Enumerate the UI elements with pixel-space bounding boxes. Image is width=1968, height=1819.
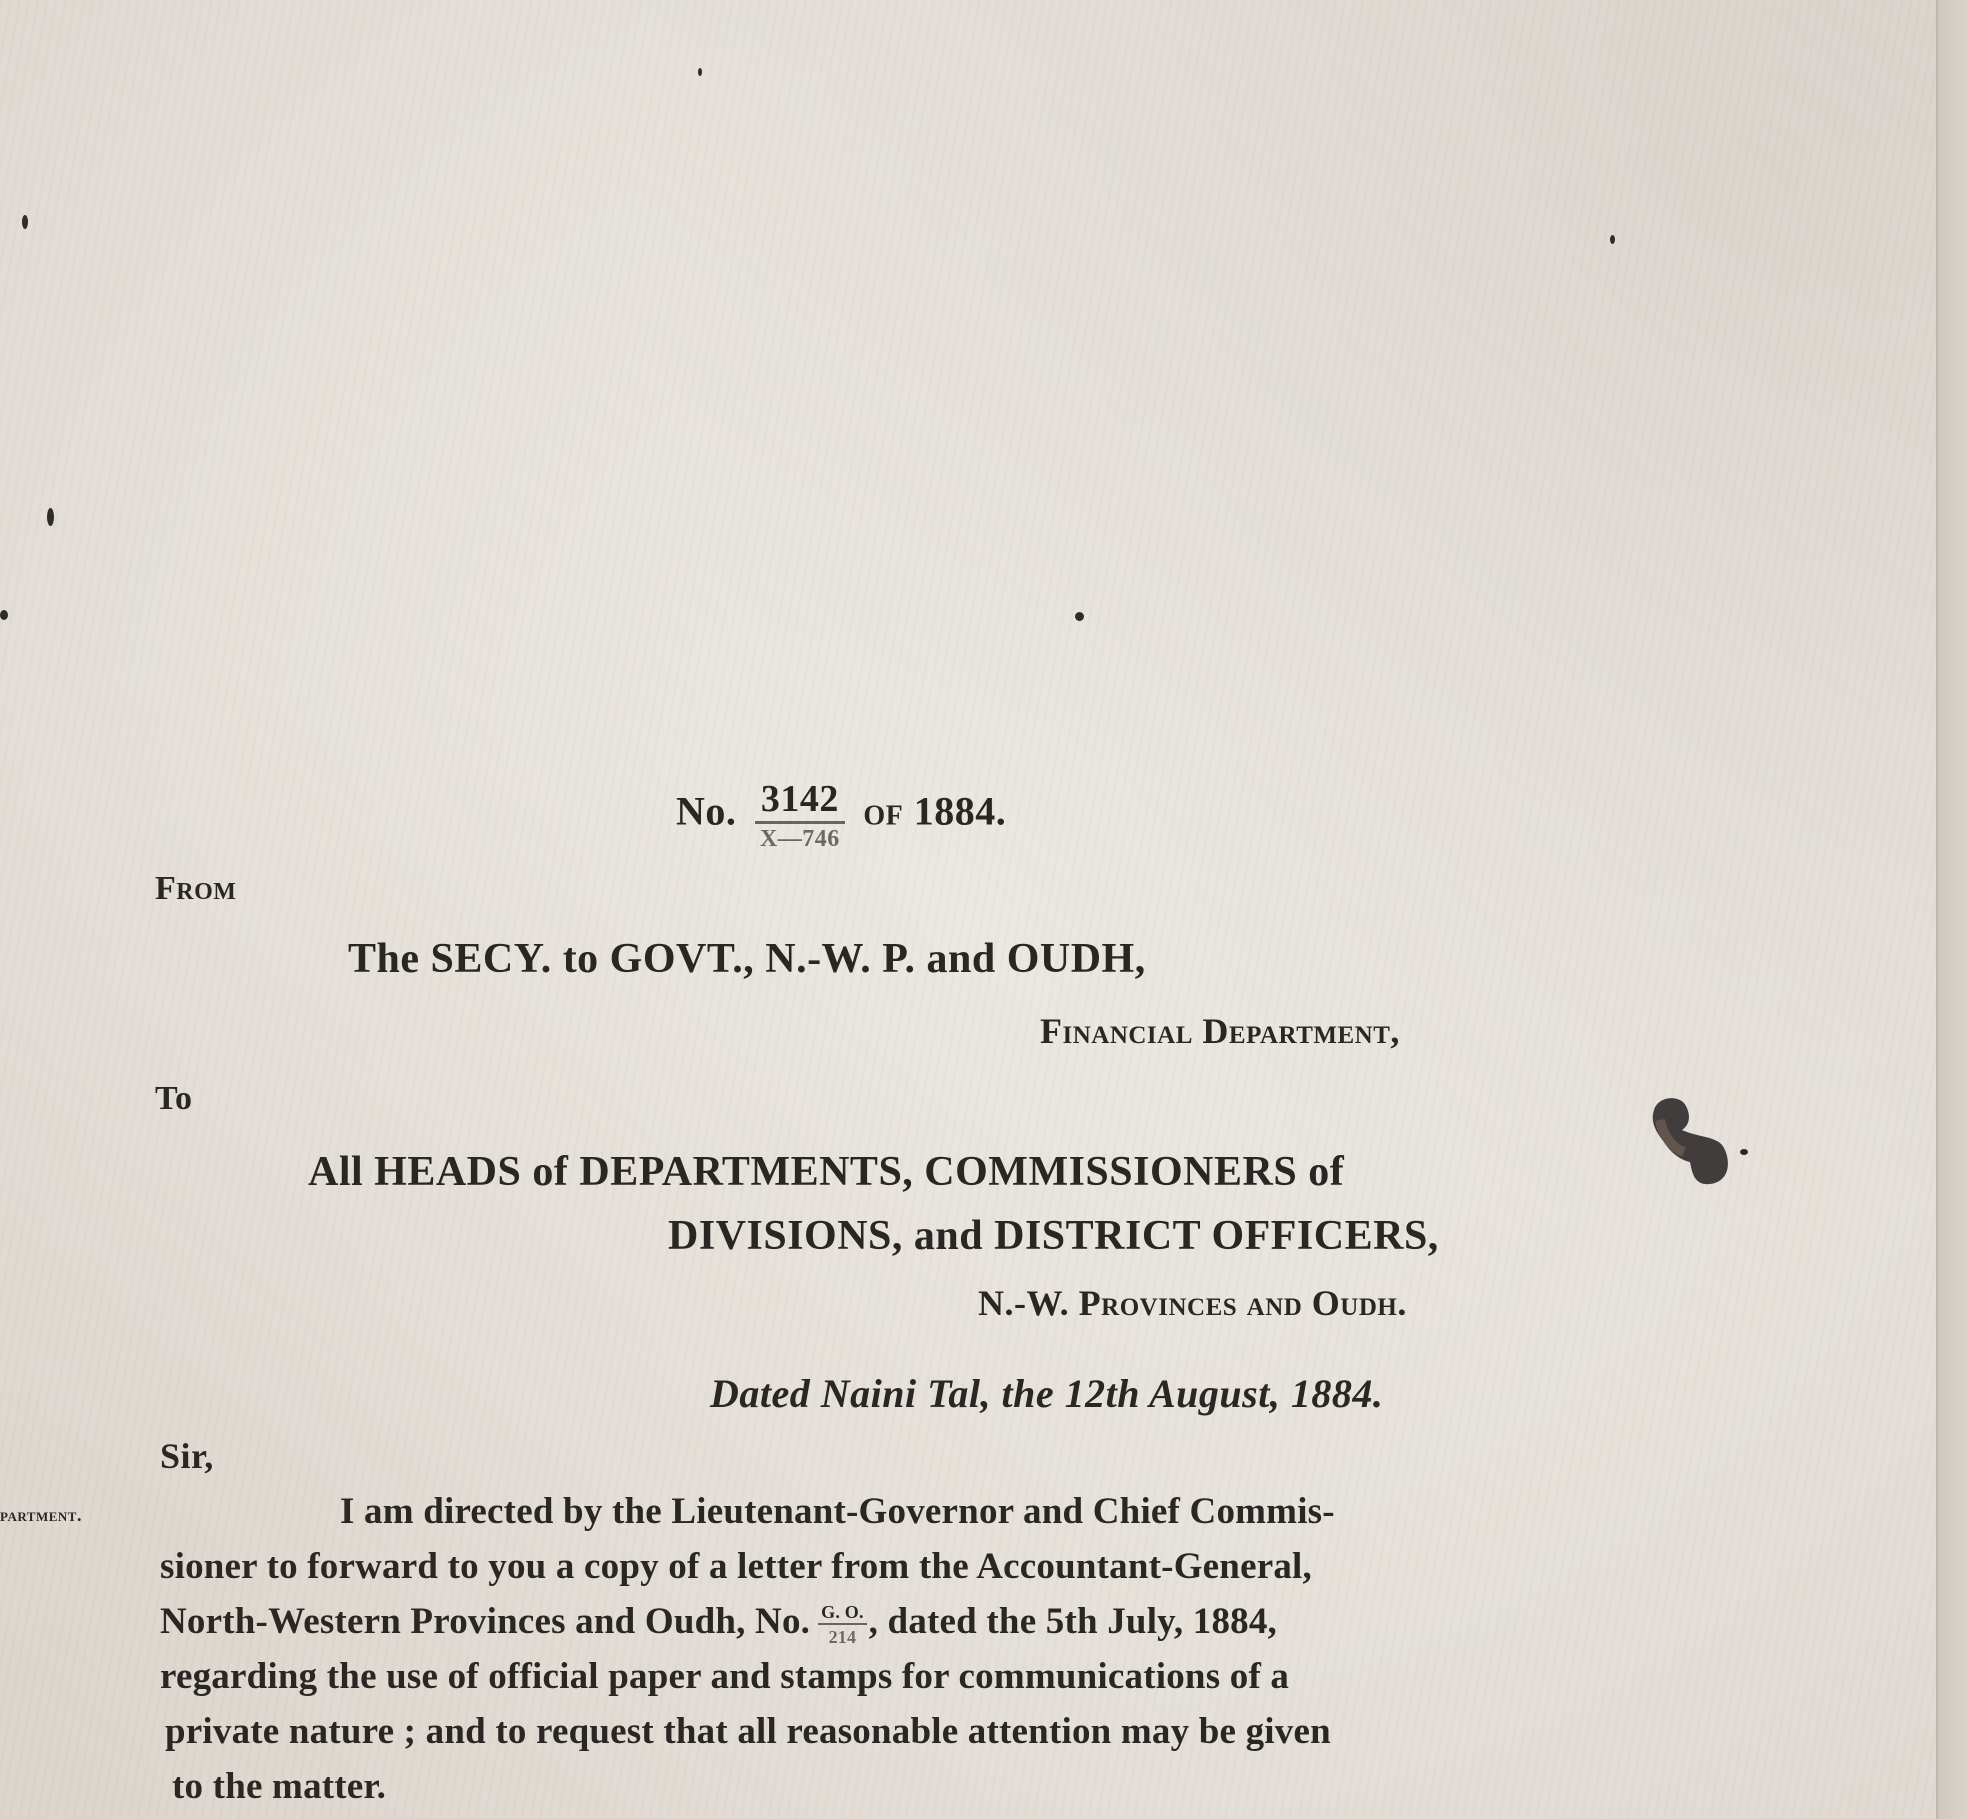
number-suffix: of 1884. bbox=[863, 789, 1006, 834]
page-edge bbox=[1936, 0, 1968, 1819]
to-recipient-line1: All HEADS of DEPARTMENTS, COMMISSIONERS … bbox=[308, 1148, 1344, 1196]
speck bbox=[698, 68, 702, 76]
number-fraction: 3142 X—746 bbox=[755, 780, 845, 851]
body-line-3-post: , dated the 5th July, 1884, bbox=[869, 1601, 1277, 1642]
from-label: From bbox=[155, 870, 236, 908]
body-line-2: sioner to forward to you a copy of a let… bbox=[160, 1545, 1312, 1588]
to-recipient-line3: N.-W. Provinces and Oudh. bbox=[978, 1282, 1407, 1324]
dated-line: Dated Naini Tal, the 12th August, 1884. bbox=[710, 1370, 1383, 1417]
salutation: Sir, bbox=[160, 1435, 214, 1477]
letter-number: No. 3142 X—746 of 1884. bbox=[676, 780, 1006, 851]
speck bbox=[1610, 235, 1615, 244]
body-line-3: North-Western Provinces and Oudh, No.G. … bbox=[160, 1600, 1277, 1646]
to-recipient-line2: DIVISIONS, and DISTRICT OFFICERS, bbox=[668, 1212, 1439, 1260]
to-label: To bbox=[155, 1080, 193, 1118]
speck bbox=[1075, 612, 1084, 621]
ink-blot bbox=[1640, 1090, 1760, 1200]
from-department: Financial Department, bbox=[1040, 1010, 1400, 1052]
from-sender: The SECY. to GOVT., N.-W. P. and OUDH, bbox=[348, 935, 1146, 983]
body-line-6: to the matter. bbox=[172, 1765, 386, 1808]
speck bbox=[0, 610, 8, 620]
number-denominator: X—746 bbox=[760, 824, 840, 851]
speck bbox=[47, 508, 54, 526]
reference-denominator: 214 bbox=[829, 1625, 857, 1646]
body-line-4: regarding the use of official paper and … bbox=[160, 1655, 1289, 1698]
margin-note: partment. bbox=[0, 1505, 82, 1526]
number-numerator: 3142 bbox=[755, 780, 845, 824]
body-line-3-pre: North-Western Provinces and Oudh, No. bbox=[160, 1601, 810, 1642]
body-line-5: private nature ; and to request that all… bbox=[165, 1710, 1331, 1753]
reference-numerator: G. O. bbox=[818, 1603, 867, 1625]
reference-fraction: G. O.214 bbox=[818, 1603, 867, 1646]
speck bbox=[22, 215, 28, 229]
number-prefix: No. bbox=[676, 789, 736, 834]
body-line-1: I am directed by the Lieutenant-Governor… bbox=[340, 1490, 1335, 1533]
